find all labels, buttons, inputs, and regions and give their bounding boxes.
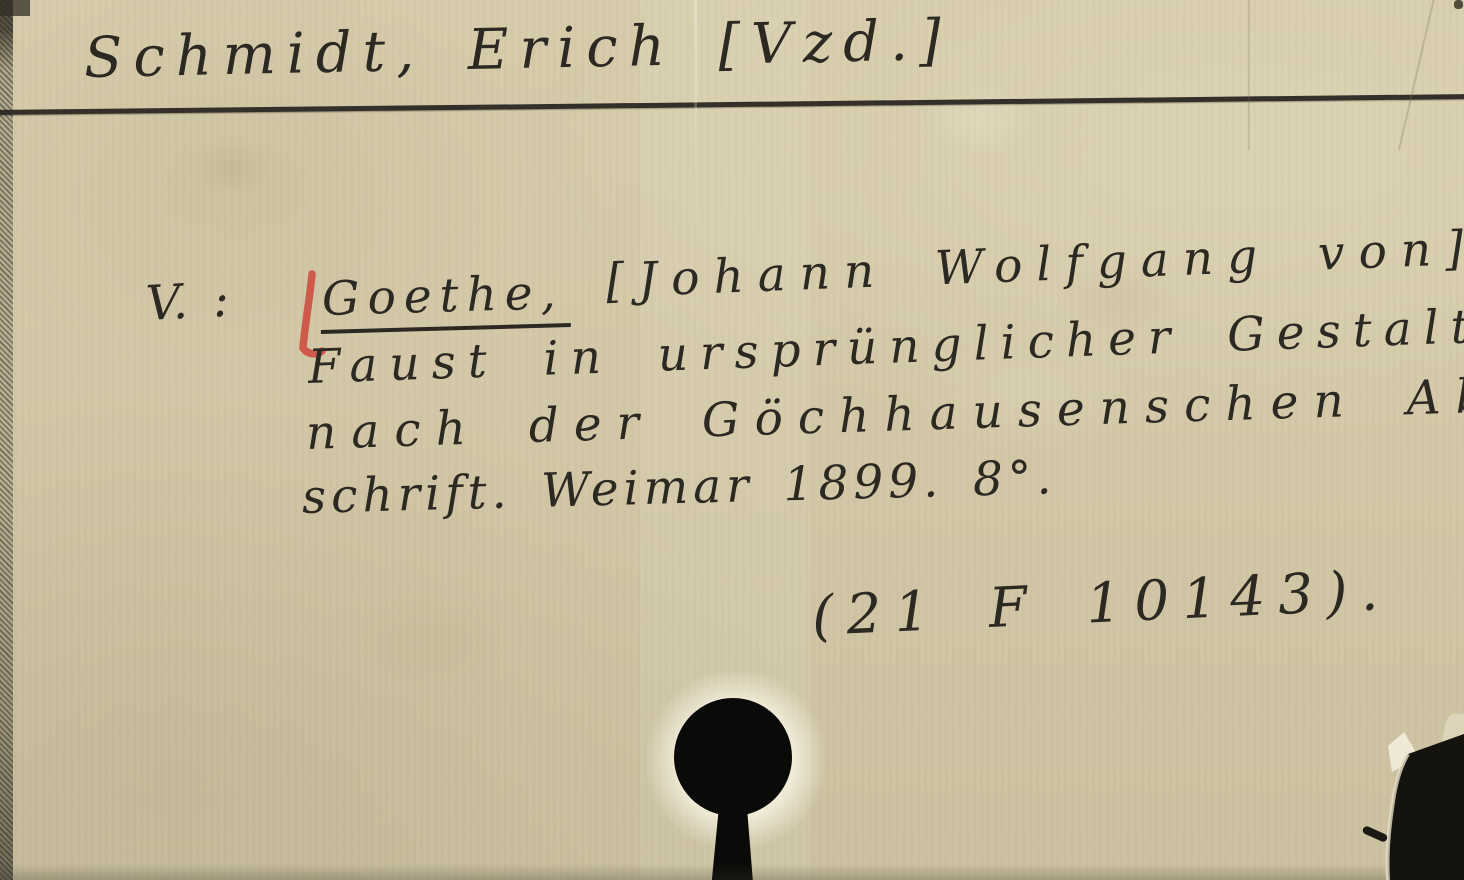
author-name: Goethe, bbox=[319, 265, 570, 327]
author-name-underlined: Goethe, bbox=[319, 265, 570, 334]
diagonal-crease bbox=[1398, 0, 1436, 150]
top-right-speck bbox=[1454, 0, 1463, 9]
top-left-corner-mark bbox=[0, 0, 30, 16]
call-number: (21 F 10143). bbox=[811, 558, 1393, 648]
reference-abbreviation: V. : bbox=[145, 272, 231, 332]
heading-rule-line bbox=[0, 94, 1464, 115]
vertical-crease bbox=[694, 0, 697, 230]
bottom-right-corner-stain bbox=[1314, 710, 1464, 880]
author-qualifier: [Johann Wolfgang von]: bbox=[605, 219, 1464, 309]
catalog-card: Schmidt, Erich [Vzd.] V. : Goethe, [Joha… bbox=[0, 0, 1464, 880]
card-heading: Schmidt, Erich [Vzd.] bbox=[83, 8, 952, 91]
title-line-3: schrift. Weimar 1899. 8°. bbox=[301, 450, 1057, 525]
left-edge-scan-artifact bbox=[0, 0, 13, 880]
faint-crease bbox=[1248, 0, 1250, 150]
